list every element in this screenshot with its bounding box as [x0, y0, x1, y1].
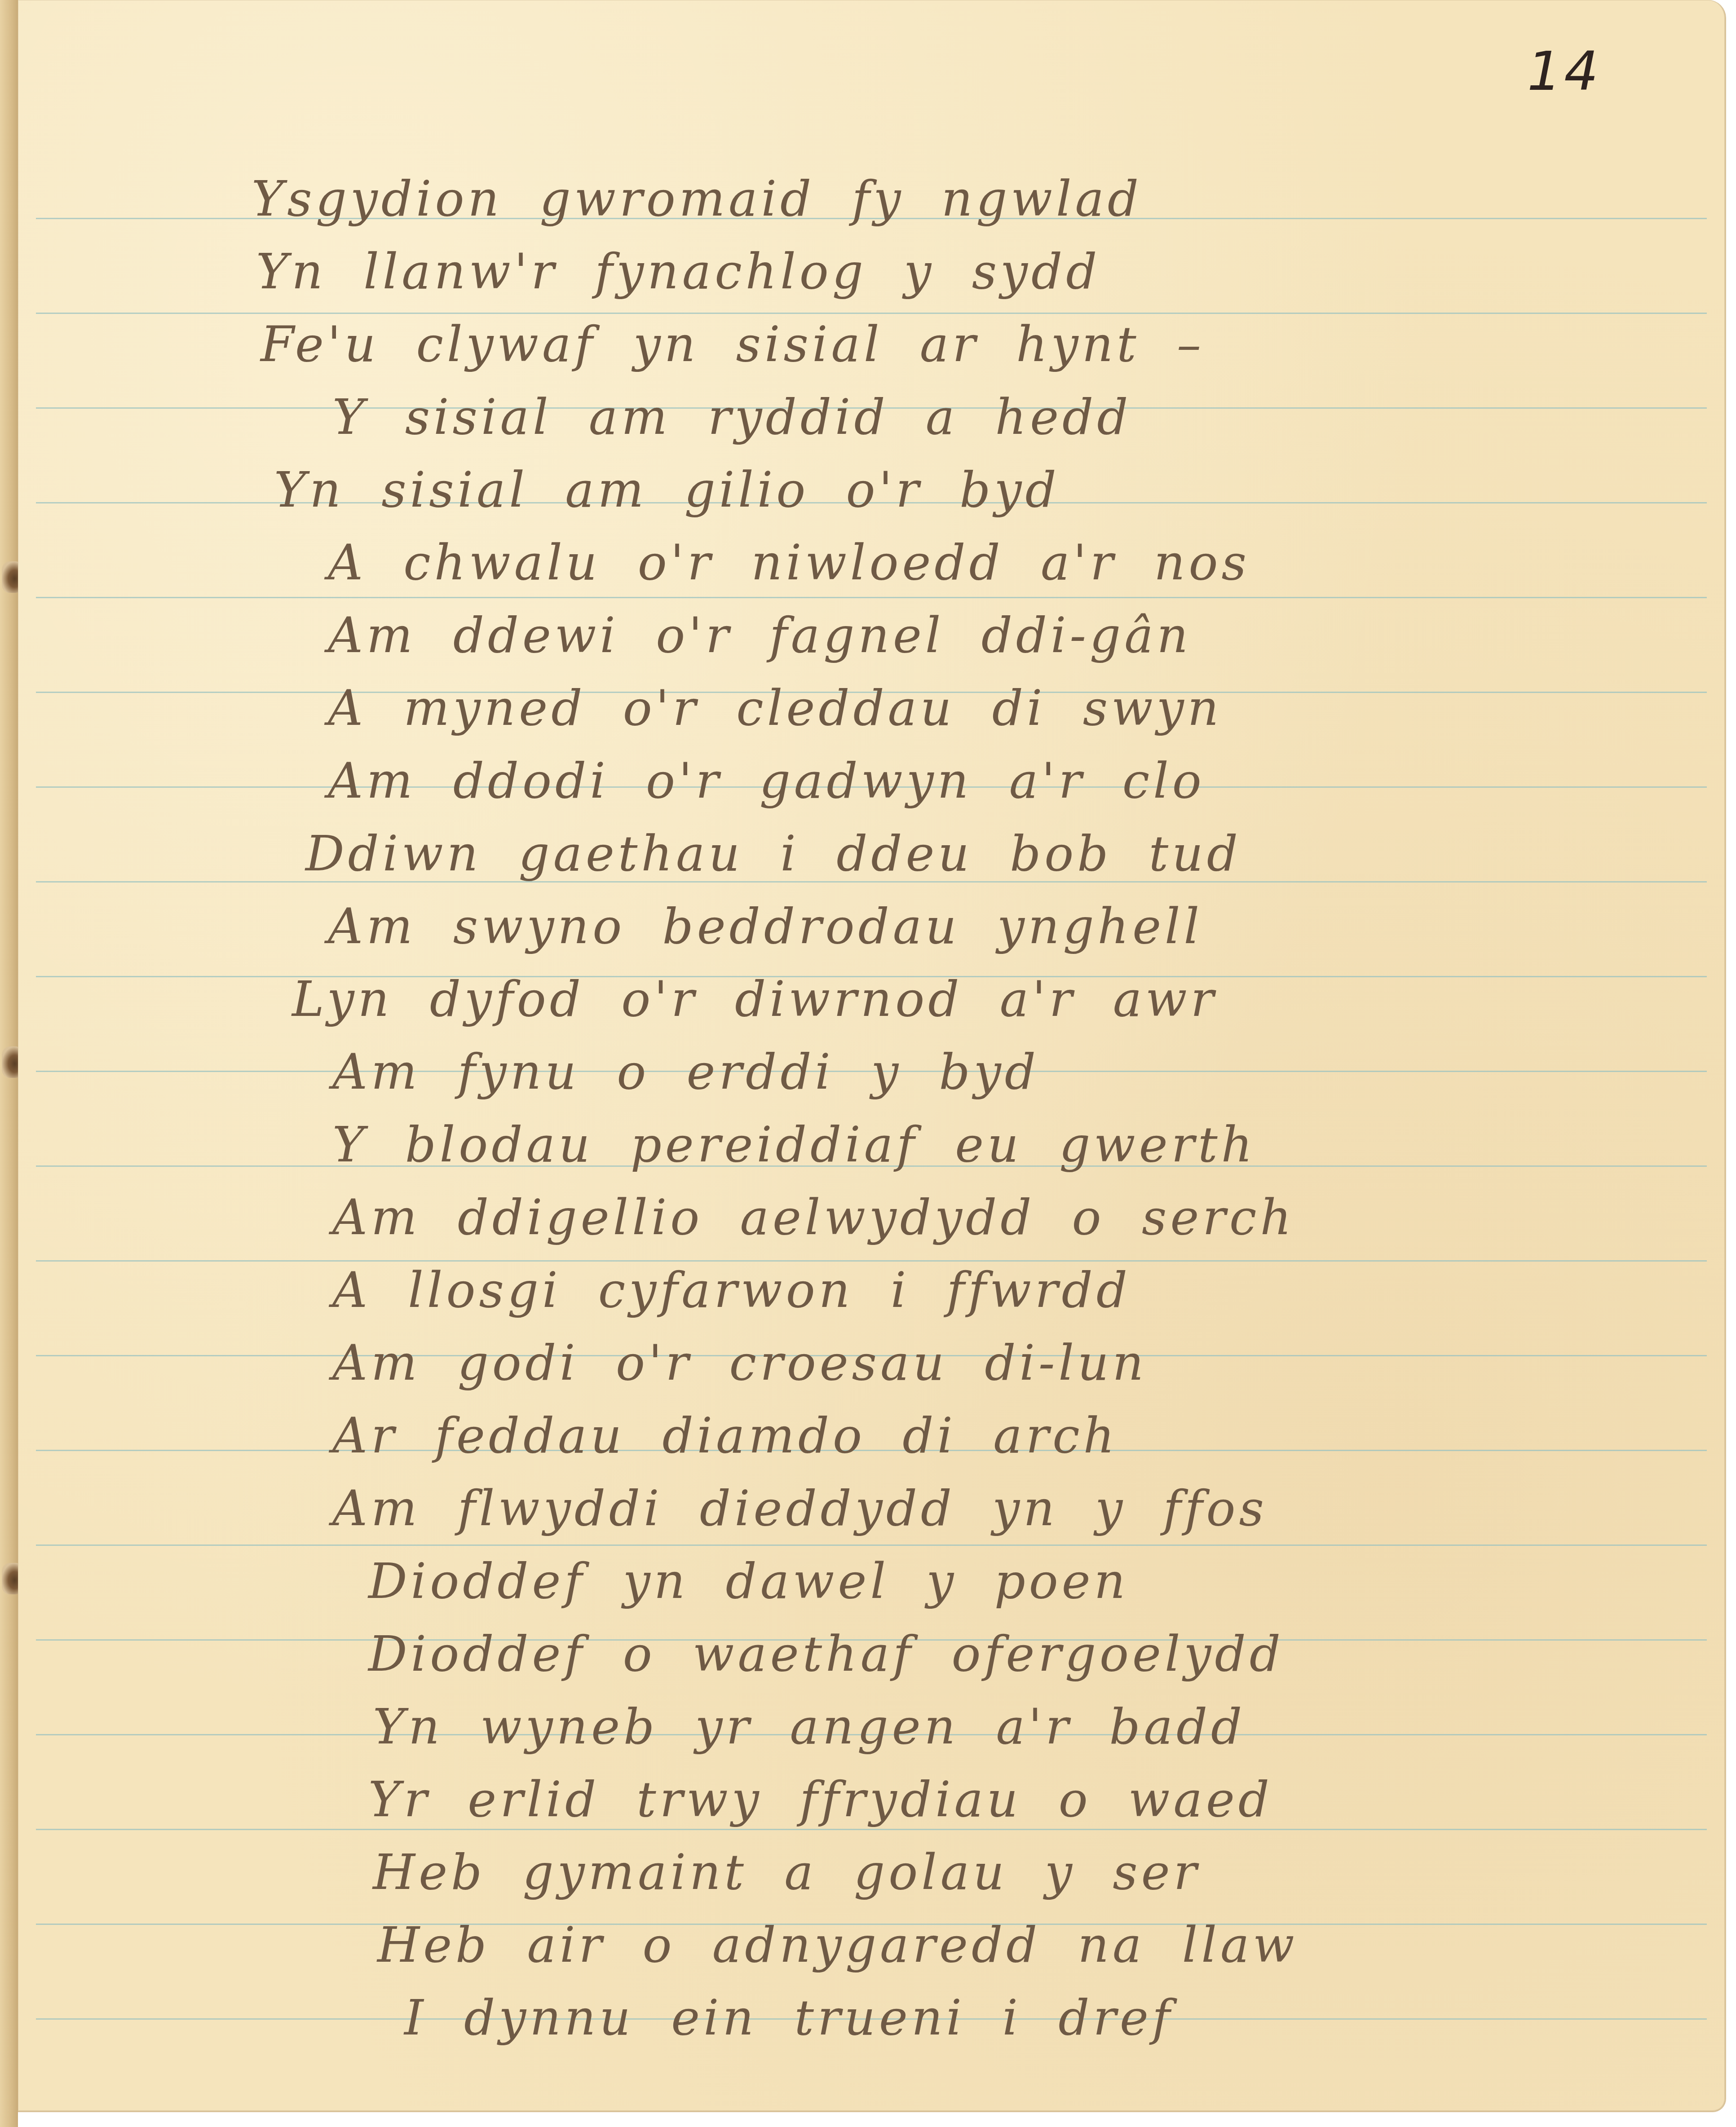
poem-line: Am ddigellio aelwydydd o serch — [332, 1194, 1295, 1242]
poem-line: Yn sisial am gilio o'r byd — [274, 466, 1060, 515]
poem-line: Heb gymaint a golau y ser — [373, 1849, 1200, 1897]
poem-line: Am ddewi o'r fagnel ddi-gân — [328, 612, 1192, 660]
poem-line: I dynnu ein trueni i dref — [404, 1994, 1174, 2043]
poem-line: Ar feddau diamdo di arch — [332, 1412, 1118, 1461]
handwritten-poem: Ysgydion gwromaid fy ngwladYn llanw'r fy… — [18, 0, 1725, 2111]
poem-line: Am swyno beddrodau ynghell — [328, 903, 1203, 951]
poem-line: Dioddef o waethaf ofergoelydd — [368, 1630, 1284, 1679]
poem-line: A chwalu o'r niwloedd a'r nos — [328, 539, 1250, 587]
poem-line: Heb air o adnygaredd na llaw — [377, 1921, 1298, 1970]
poem-line: Y sisial am ryddid a hedd — [332, 393, 1131, 442]
poem-line: Y blodau pereiddiaf eu gwerth — [332, 1121, 1256, 1169]
poem-line: Am flwyddi dieddydd yn y ffos — [332, 1485, 1268, 1533]
poem-line: A llosgi cyfarwon i ffwrdd — [332, 1266, 1131, 1315]
poem-line: Ddiwn gaethau i ddeu bob tud — [305, 830, 1241, 878]
poem-line: Yr erlid trwy ffrydiau o waed — [368, 1776, 1273, 1824]
poem-line: Yn llanw'r fynachlog y sydd — [256, 248, 1100, 296]
poem-line: Fe'u clywaf yn sisial ar hynt – — [261, 321, 1205, 369]
poem-line: A myned o'r cleddau di swyn — [328, 684, 1222, 733]
poem-line: Ysgydion gwromaid fy ngwlad — [252, 175, 1142, 224]
poem-line: Am fynu o erddi y byd — [332, 1048, 1039, 1097]
poem-line: Dioddef yn dawel y poen — [368, 1558, 1129, 1606]
poem-line: Yn wyneb yr angen a'r badd — [373, 1703, 1246, 1752]
poem-line: Am godi o'r croesau di-lun — [332, 1339, 1147, 1388]
notebook-page: 14 Ysgydion gwromaid fy ngwladYn llanw'r… — [18, 0, 1726, 2112]
poem-line: Am ddodi o'r gadwyn a'r clo — [328, 757, 1205, 806]
poem-line: Lyn dyfod o'r diwrnod a'r awr — [292, 975, 1217, 1024]
